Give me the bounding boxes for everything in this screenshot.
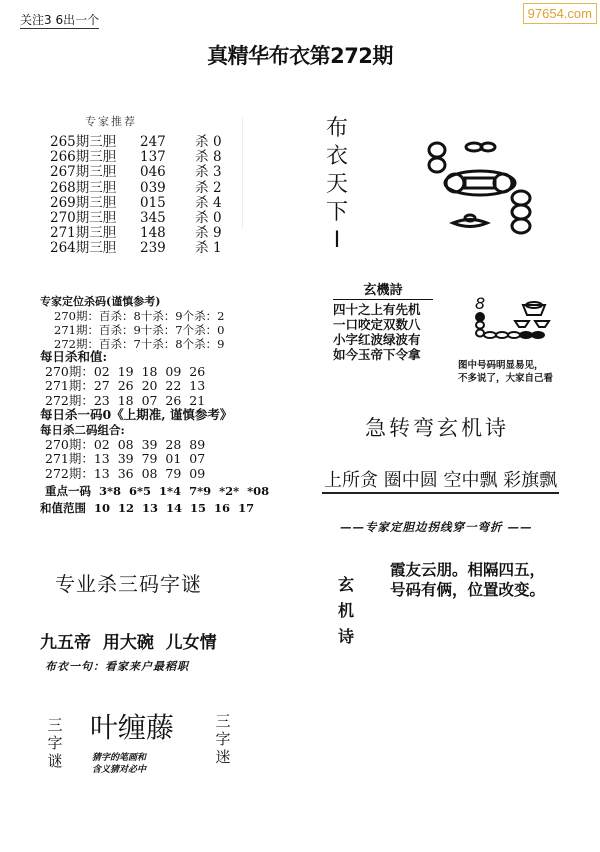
- nums-cell: 137: [140, 150, 195, 165]
- xuan-poem-text: 霞友云朋。相隔四五， 号码有俩，位置改变。: [390, 560, 545, 600]
- table-row: 271期三胆148杀9: [50, 226, 222, 241]
- table-row: 266期三胆137杀8: [50, 150, 222, 165]
- nums-cell: 247: [140, 135, 195, 150]
- buyi-vertical-title: 布 衣 天 下 I: [322, 115, 352, 255]
- poem-line: 小字红波绿波有: [333, 332, 433, 347]
- vertical-char: 衣: [322, 143, 352, 171]
- kill-label: 杀: [195, 150, 213, 165]
- leaf-note: 猜字的笔画和含义猜对必中: [92, 752, 152, 776]
- sanzimi-right-vertical: 三 字 迷: [213, 712, 233, 766]
- number-picture-icon: 8: [475, 295, 565, 340]
- expert-position-block: 专家定位杀码(谨慎参考) 270期：百杀：8十杀：9个杀：2 271期：百杀：9…: [40, 295, 224, 351]
- kill3-title: 专业杀三码字谜: [55, 568, 202, 597]
- kill-label: 杀: [195, 165, 213, 180]
- kill-label: 杀: [195, 181, 213, 196]
- issue-cell: 271期三胆: [50, 226, 140, 241]
- vertical-char: 下: [322, 199, 352, 227]
- poem-line: 如今玉帝下令拿: [333, 347, 433, 362]
- issue-cell: 264期三胆: [50, 241, 140, 256]
- table-row: 267期三胆046杀3: [50, 165, 222, 180]
- table-row: 269期三胆015杀4: [50, 196, 222, 211]
- kill-label: 杀: [195, 241, 213, 256]
- kill-cell: 3: [213, 165, 222, 180]
- page-title: 真精华布衣第272期: [0, 40, 600, 70]
- kill-cell: 9: [213, 226, 222, 241]
- divider: [242, 118, 243, 228]
- brain-teaser-title: 急转弯玄机诗: [365, 412, 509, 442]
- vertical-char: 机: [338, 598, 358, 624]
- kill-cell: 1: [213, 241, 222, 256]
- vertical-char: 字: [45, 734, 65, 752]
- nums-cell: 046: [140, 165, 195, 180]
- kill-cell: 0: [213, 211, 222, 226]
- daily-kill-block: 每日杀和值: 270期：02 19 18 09 26 271期：27 26 20…: [40, 350, 269, 516]
- mystic-poem-box: 玄機詩 四十之上有先机 一口咬定双数八 小字红波绿波有 如今玉帝下令拿: [333, 283, 433, 362]
- vertical-char: 布: [322, 115, 352, 143]
- watermark-badge: 97654.com: [523, 3, 597, 24]
- vertical-char: 三: [213, 712, 233, 730]
- leaf-word: 叶缠藤: [90, 706, 174, 746]
- issue-cell: 267期三胆: [50, 165, 140, 180]
- daily-sum-line: 270期：02 19 18 09 26: [40, 365, 269, 380]
- expert-line: 271期：百杀：9十杀：7个杀：0: [40, 323, 224, 337]
- vertical-char: 三: [45, 716, 65, 734]
- xuan-poem-vertical: 玄 机 诗: [338, 572, 358, 650]
- vertical-char: 玄: [338, 572, 358, 598]
- nums-cell: 015: [140, 196, 195, 211]
- issue-cell: 265期三胆: [50, 135, 140, 150]
- svg-text:8: 8: [475, 295, 485, 313]
- key-one-line: 重点一码 3*8 6*5 1*4 7*9 *2* *08: [40, 484, 269, 499]
- daily-sum-line: 271期：27 26 20 22 13: [40, 379, 269, 394]
- table-row: 270期三胆345杀0: [50, 211, 222, 226]
- table-row: 264期三胆239杀1: [50, 241, 222, 256]
- vertical-char: I: [322, 227, 352, 255]
- kill-label: 杀: [195, 226, 213, 241]
- daily-sum-line: 272期：23 18 07 26 21: [40, 394, 269, 409]
- poem-title: 玄機詩: [333, 283, 433, 300]
- nums-cell: 148: [140, 226, 195, 241]
- buyi-line: 布衣一句：看家来户最稻职: [45, 658, 189, 674]
- picture-note: 图中号码明显易见， 不多说了，大家自己看: [458, 359, 553, 385]
- daily-one-line: 每日杀一码0《上期准, 谨慎参考》: [40, 408, 269, 423]
- sanzimi-left-vertical: 三 字 谜: [45, 716, 65, 770]
- kill-cell: 8: [213, 150, 222, 165]
- issue-cell: 266期三胆: [50, 150, 140, 165]
- daily-two-line: 270期：02 08 39 28 89: [40, 438, 269, 453]
- sandan-table: 265期三胆247杀0 266期三胆137杀8 267期三胆046杀3 268期…: [50, 135, 222, 257]
- vertical-char: 谜: [45, 752, 65, 770]
- sum-range-line: 和值范围 10 12 13 14 15 16 17: [40, 501, 269, 516]
- nums-cell: 039: [140, 181, 195, 196]
- kill-label: 杀: [195, 135, 213, 150]
- ring-puzzle-icon: [425, 140, 545, 240]
- kill-label: 杀: [195, 211, 213, 226]
- poem-line: 一口咬定双数八: [333, 317, 433, 332]
- poem-line: 四十之上有先机: [333, 302, 433, 317]
- expert-position-heading: 专家定位杀码(谨慎参考): [40, 295, 224, 309]
- table-row: 268期三胆039杀2: [50, 181, 222, 196]
- nums-cell: 345: [140, 211, 195, 226]
- issue-cell: 268期三胆: [50, 181, 140, 196]
- kill-cell: 2: [213, 181, 222, 196]
- riddle-line: 九五帝 用大碗 儿女情: [40, 628, 217, 653]
- issue-cell: 269期三胆: [50, 196, 140, 211]
- vertical-char: 迷: [213, 748, 233, 766]
- kill-cell: 4: [213, 196, 222, 211]
- daily-two-line: 272期：13 36 08 79 09: [40, 467, 269, 482]
- xuan-poem-line: 霞友云朋。相隔四五，: [390, 560, 545, 580]
- daily-two-line: 271期：13 39 79 01 07: [40, 452, 269, 467]
- top-note: 关注3 6出一个: [20, 13, 99, 29]
- picture-note-line: 图中号码明显易见，: [458, 359, 553, 372]
- kill-label: 杀: [195, 196, 213, 211]
- nums-cell: 239: [140, 241, 195, 256]
- vertical-char: 天: [322, 171, 352, 199]
- table-row: 265期三胆247杀0: [50, 135, 222, 150]
- section-heading-recommend: 专家推荐: [85, 113, 137, 129]
- daily-sum-heading: 每日杀和值:: [40, 350, 269, 365]
- daily-two-heading: 每日杀二码组合:: [40, 423, 269, 438]
- vertical-char: 诗: [338, 624, 358, 650]
- brain-teaser-line: 上所贪 圈中圆 空中飘 彩旗飘: [322, 466, 559, 494]
- issue-cell: 270期三胆: [50, 211, 140, 226]
- xuan-poem-line: 号码有俩，位置改变。: [390, 580, 545, 600]
- expert-line: 270期：百杀：8十杀：9个杀：2: [40, 309, 224, 323]
- picture-note-line: 不多说了，大家自己看: [458, 372, 553, 385]
- expert-dan-line: ——专家定胆边拐线穿一弯折 ——: [340, 519, 533, 535]
- vertical-char: 字: [213, 730, 233, 748]
- kill-cell: 0: [213, 135, 222, 150]
